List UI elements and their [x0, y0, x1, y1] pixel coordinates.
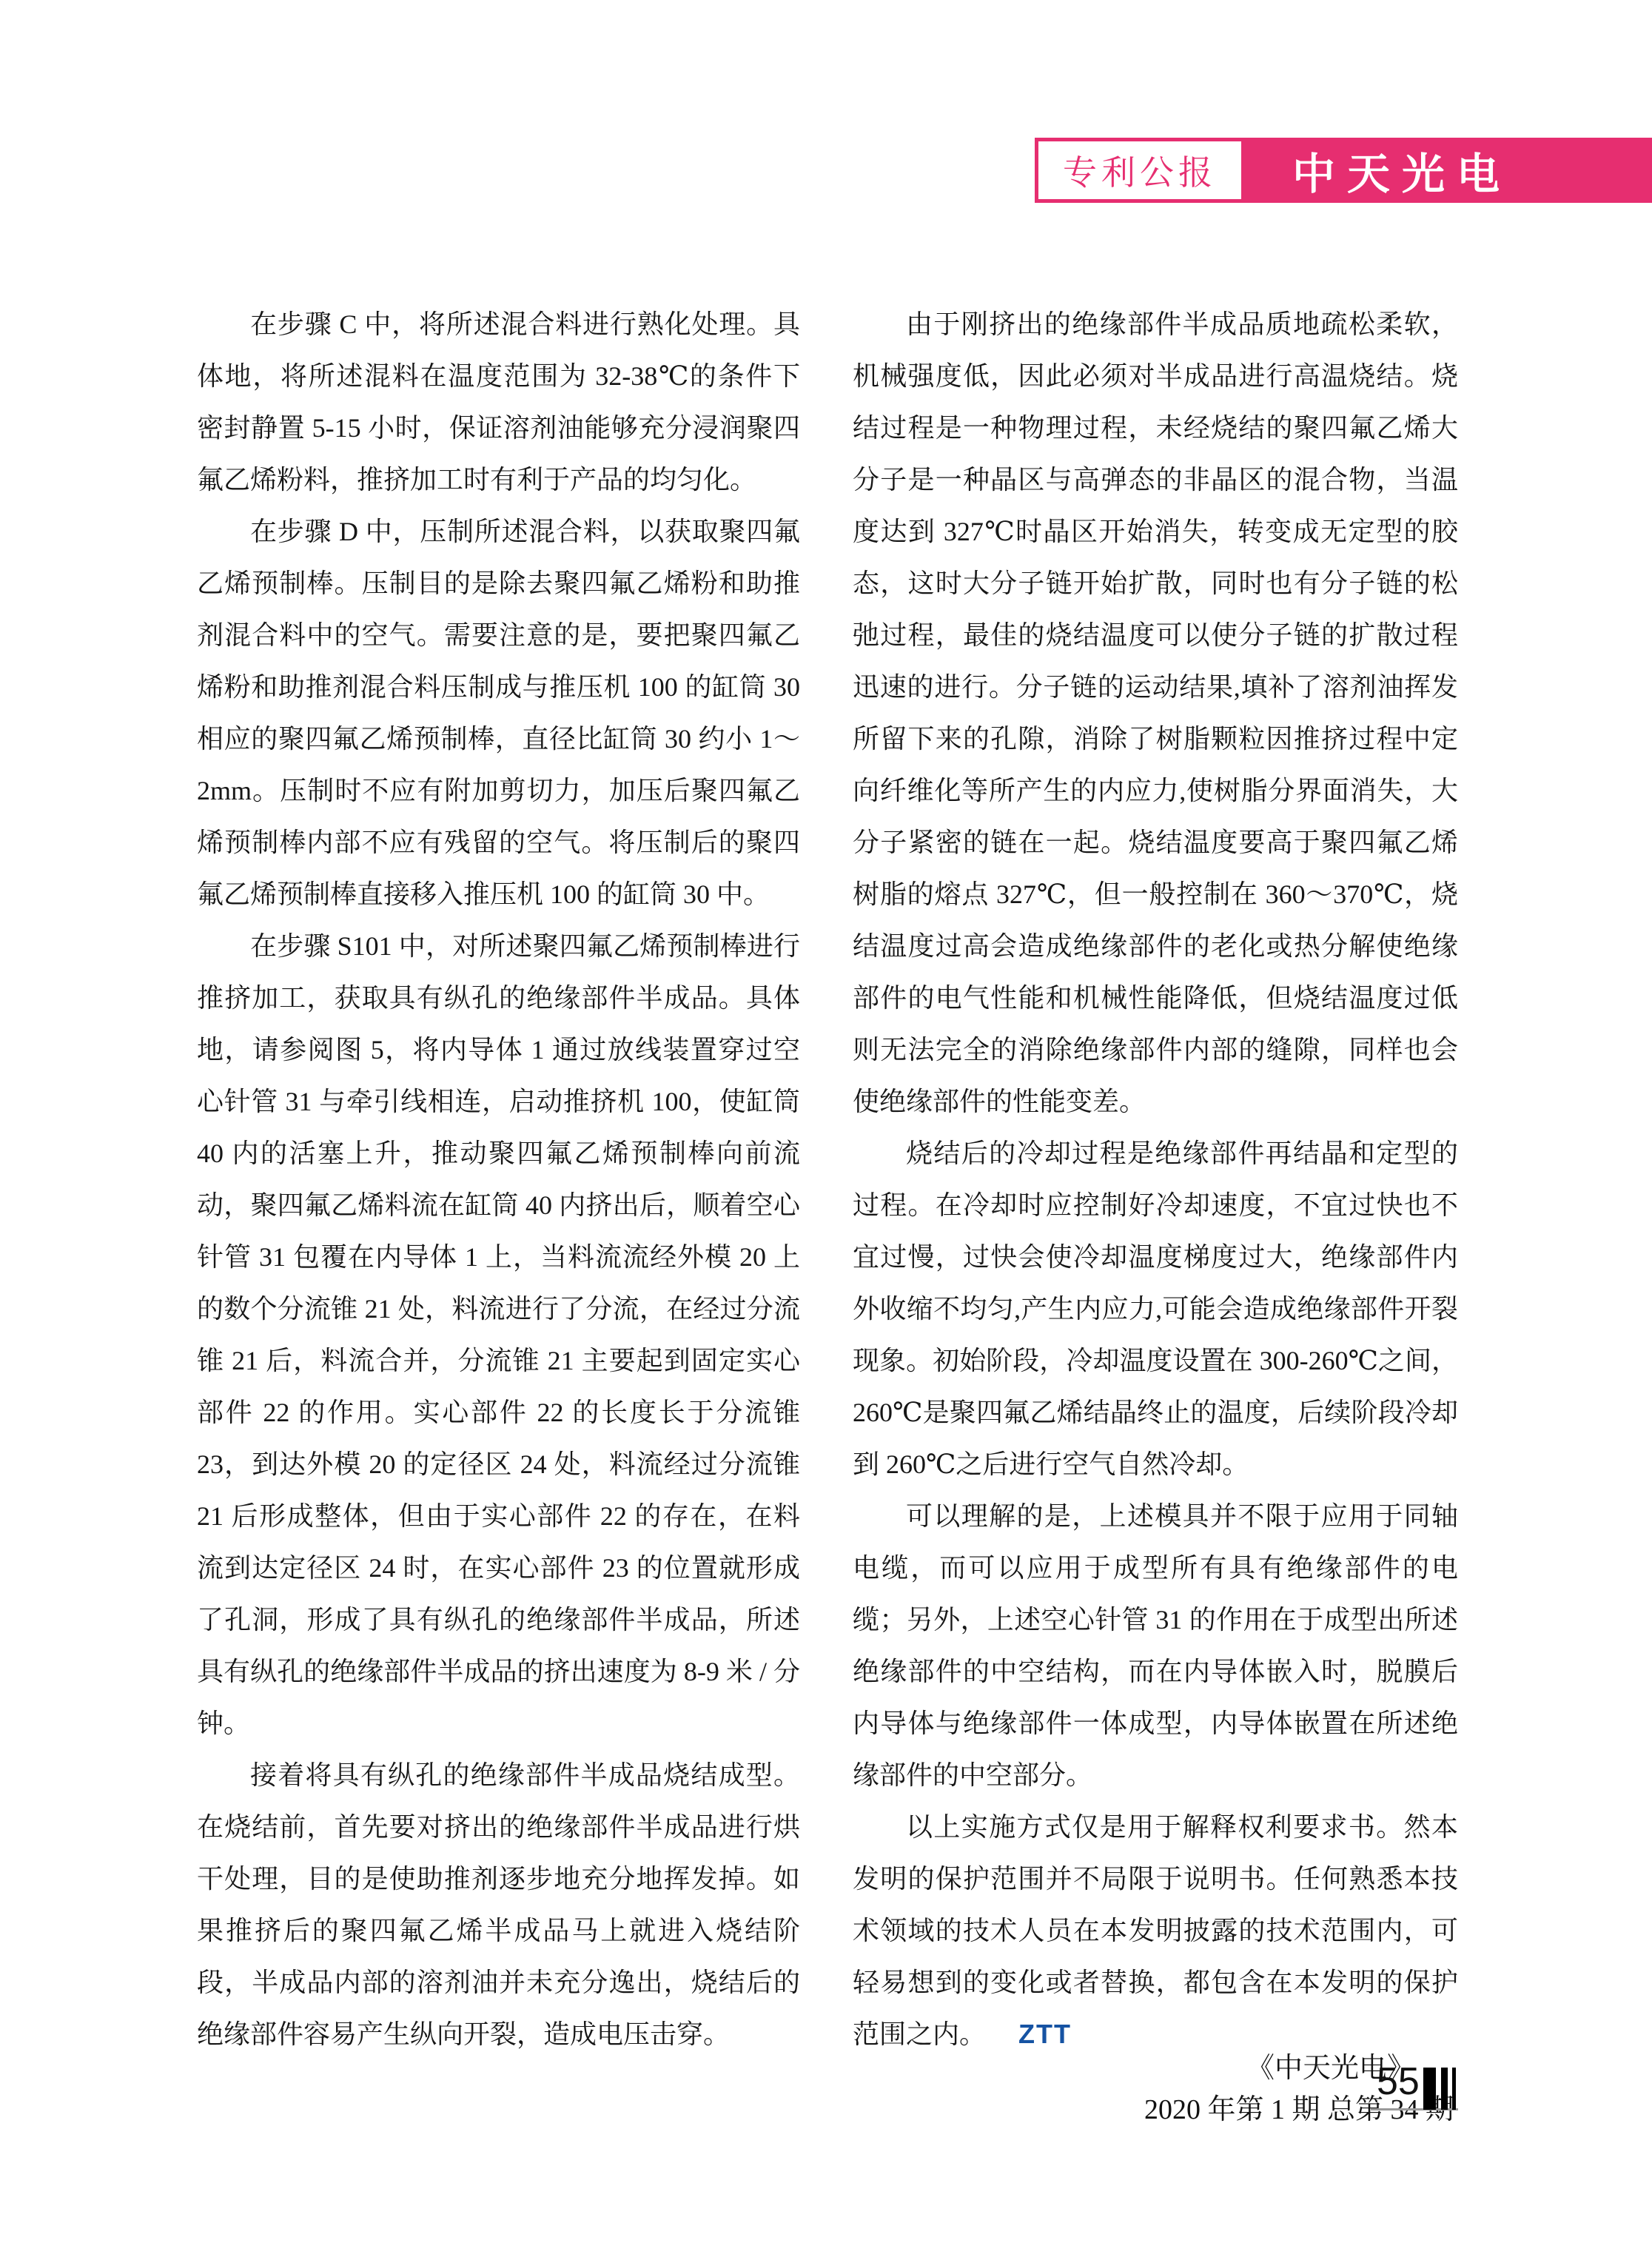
footer-decoration-bar	[1441, 2068, 1448, 2110]
paragraph: 可以理解的是，上述模具并不限于应用于同轴电缆，而可以应用于成型所有具有绝缘部件的…	[853, 1490, 1458, 1801]
paragraph: 烧结后的冷却过程是绝缘部件再结晶和定型的过程。在冷却时应控制好冷却速度，不宜过快…	[853, 1127, 1458, 1490]
patent-gazette-badge: 专利公报	[1035, 138, 1245, 203]
paragraph: 由于刚挤出的绝缘部件半成品质地疏松柔软，机械强度低，因此必须对半成品进行高温烧结…	[853, 298, 1458, 1127]
patent-gazette-page: 专利公报 中天光电 在步骤 C 中，将所述混合料进行熟化处理。具体地，将所述混料…	[0, 0, 1652, 2243]
brand-banner: 中天光电	[1245, 138, 1652, 203]
paragraph: 以上实施方式仅是用于解释权利要求书。然本发明的保护范围并不局限于说明书。任何熟悉…	[853, 1801, 1458, 2060]
badge-label: 专利公报	[1063, 146, 1217, 195]
brand-name-calligraphy: 中天光电	[1245, 139, 1511, 201]
footer-decoration-bar	[1452, 2068, 1456, 2110]
paragraph: 接着将具有纵孔的绝缘部件半成品烧结成型。在烧结前，首先要对挤出的绝缘部件半成品进…	[197, 1749, 800, 2060]
footer-decoration-bar	[1423, 2068, 1436, 2110]
paragraph: 在步骤 S101 中，对所述聚四氟乙烯预制棒进行推挤加工，获取具有纵孔的绝缘部件…	[197, 920, 800, 1749]
ztt-logo: ZTT	[1018, 2008, 1072, 2060]
page-number: 55	[1377, 2062, 1420, 2101]
paragraph: 在步骤 D 中，压制所述混合料，以获取聚四氟乙烯预制棒。压制目的是除去聚四氟乙烯…	[197, 506, 800, 920]
left-column: 在步骤 C 中，将所述混合料进行熟化处理。具体地，将所述混料在温度范围为 32-…	[197, 298, 800, 2060]
right-column: 由于刚挤出的绝缘部件半成品质地疏松柔软，机械强度低，因此必须对半成品进行高温烧结…	[853, 298, 1458, 2060]
paragraph: 在步骤 C 中，将所述混合料进行熟化处理。具体地，将所述混料在温度范围为 32-…	[197, 298, 800, 506]
paragraph-text: 以上实施方式仅是用于解释权利要求书。然本发明的保护范围并不局限于说明书。任何熟悉…	[853, 1812, 1458, 2049]
